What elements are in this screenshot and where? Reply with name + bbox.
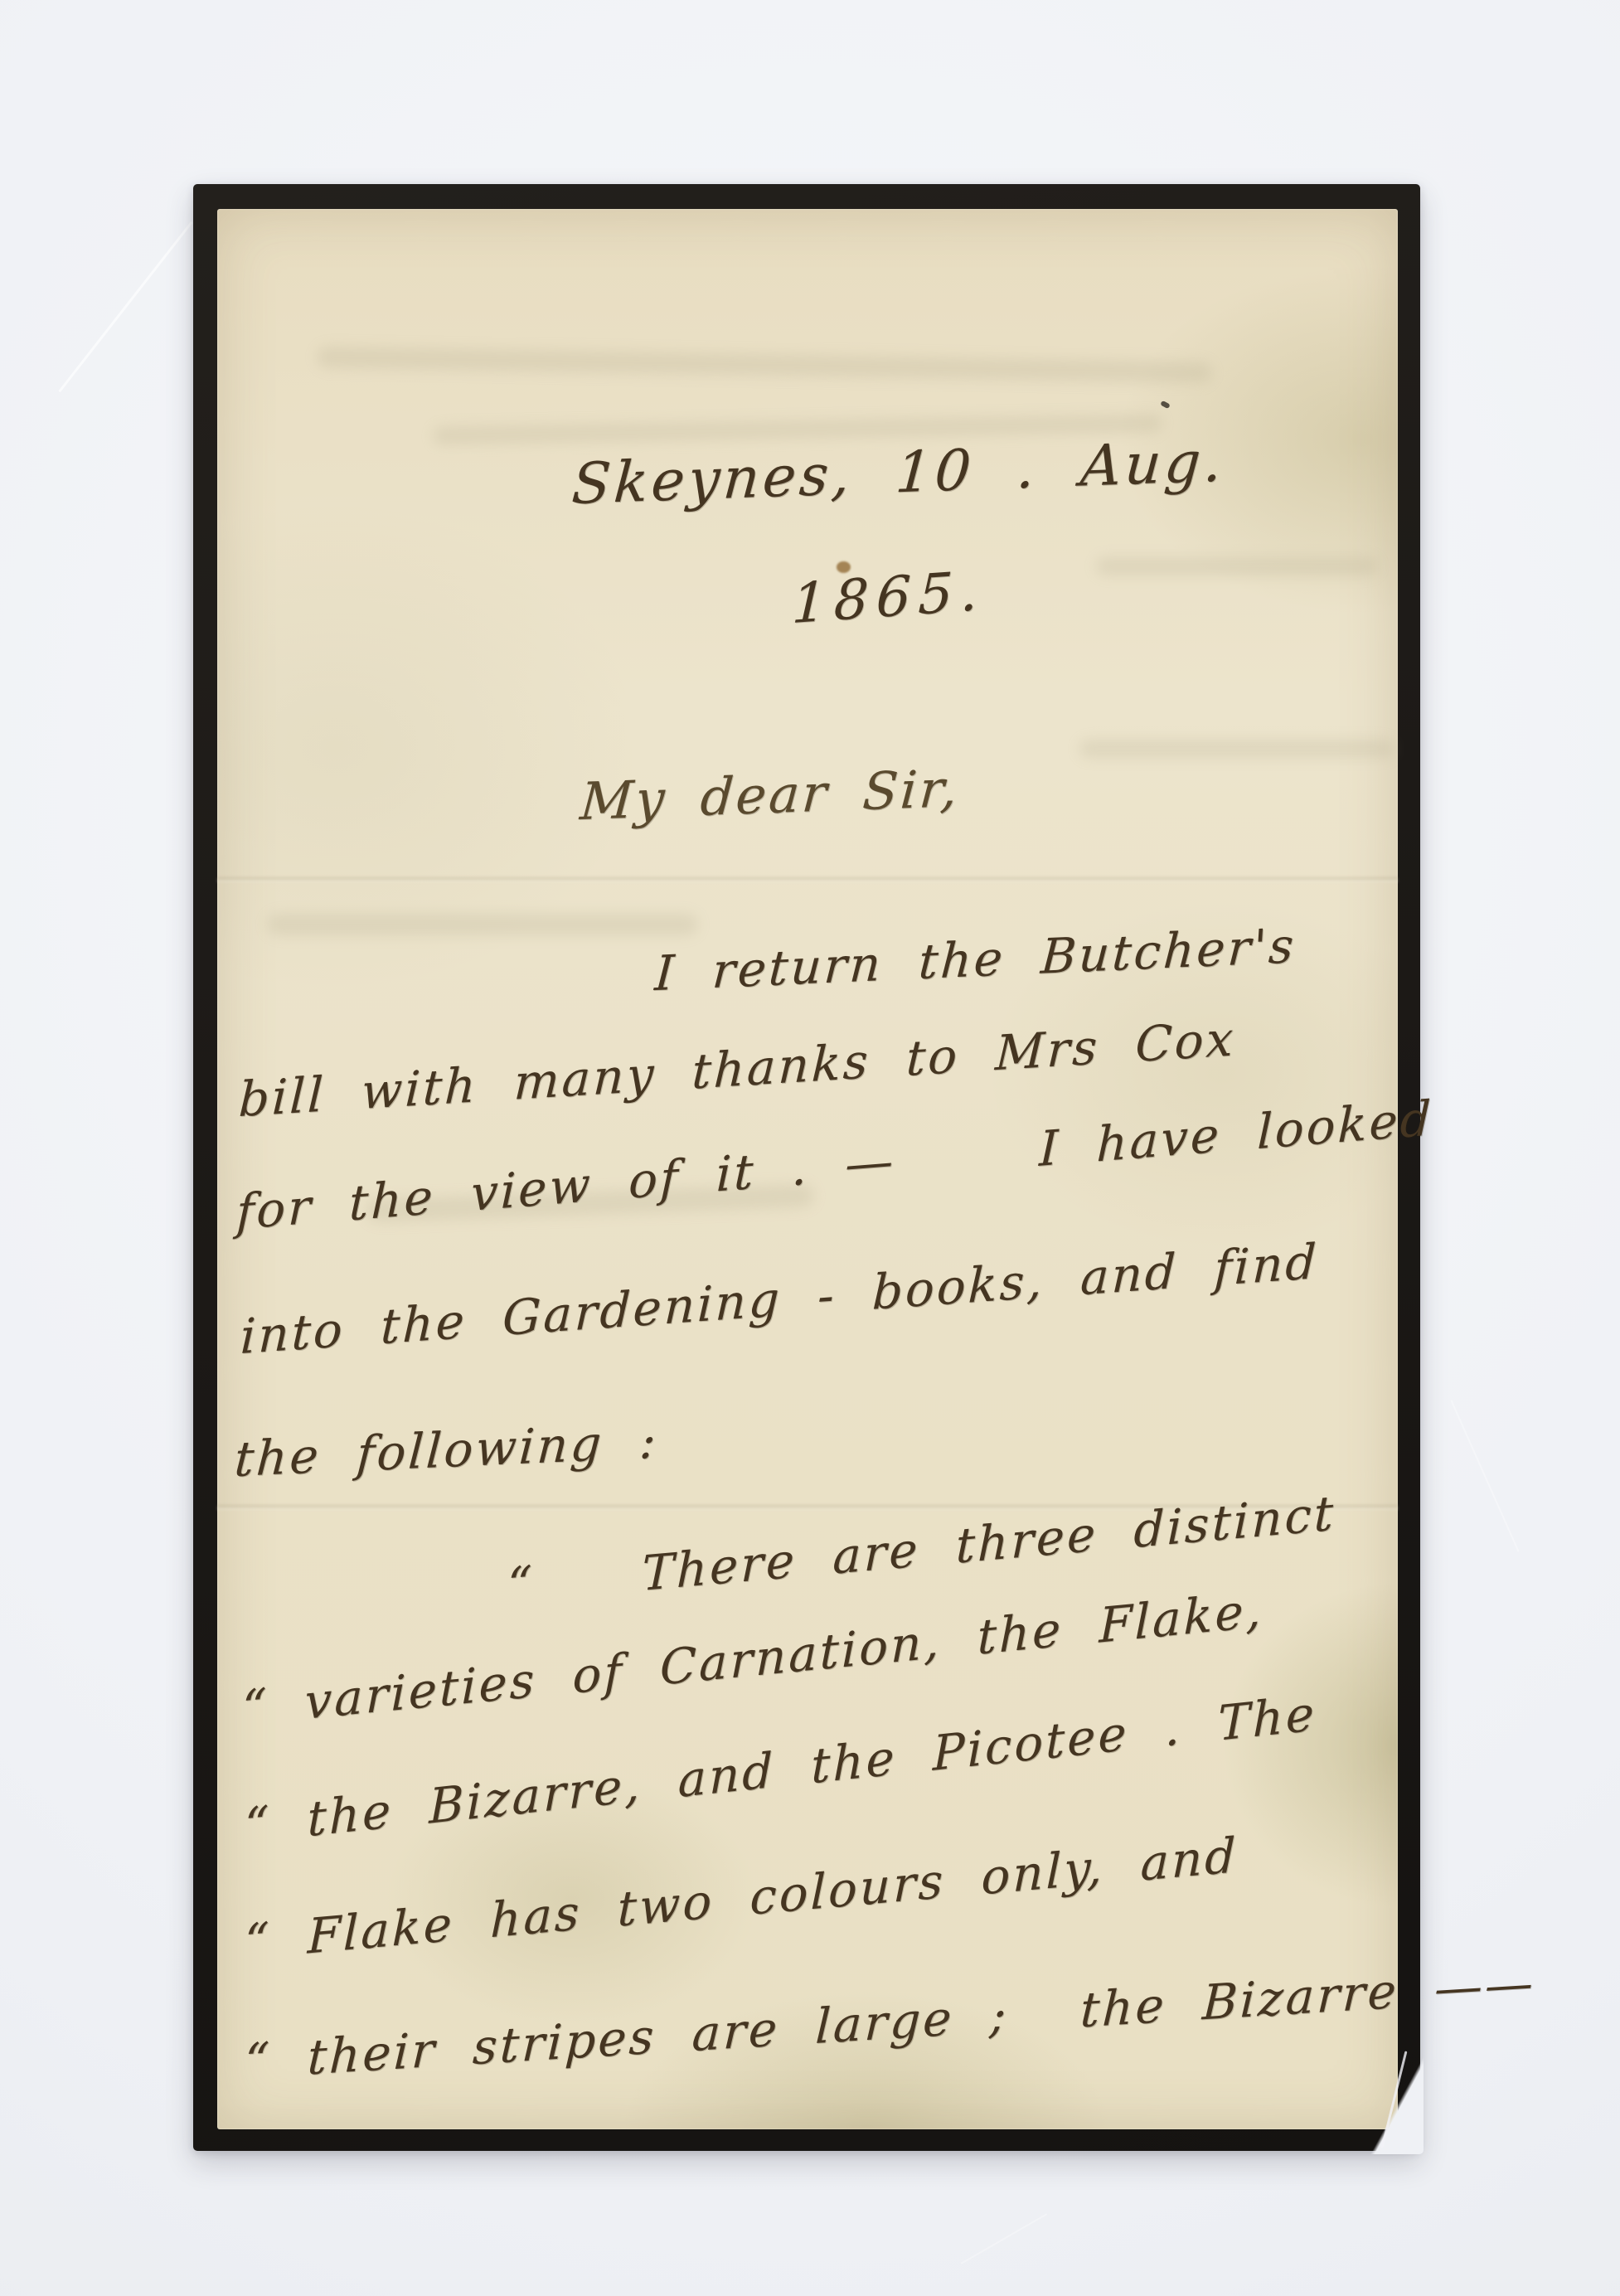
mount-chip-damage [1370, 2056, 1424, 2154]
ink-showthrough-mark [1079, 740, 1394, 758]
background-scratch [961, 2213, 1048, 2264]
quote-line-5: “ their stripes are large ; the Bizarre … [244, 1954, 1537, 2090]
black-card-mount: Skeynes, 10 . Aug. 1865. My dear Sir, I … [193, 184, 1420, 2151]
dateline: Skeynes, 10 . Aug. [570, 429, 1227, 517]
background-scratch [1450, 1400, 1519, 1552]
body-line-2: bill with many thanks to Mrs Cox [238, 1010, 1237, 1128]
ink-showthrough-mark [317, 347, 1212, 384]
background-scratch [58, 221, 192, 393]
fold-crease [217, 877, 1398, 882]
ink-fleck [1160, 400, 1171, 409]
body-line-1: I return the Butcher's [653, 917, 1297, 1002]
body-line-4: into the Gardening - books, and find [240, 1233, 1320, 1365]
letter-photograph: Skeynes, 10 . Aug. 1865. My dear Sir, I … [0, 0, 1620, 2296]
ink-showthrough-mark [267, 914, 698, 935]
year-line: 1865. [791, 558, 987, 636]
ink-showthrough-mark [1096, 557, 1378, 575]
letter-page: Skeynes, 10 . Aug. 1865. My dear Sir, I … [217, 209, 1398, 2129]
body-line-5: the following : [233, 1413, 660, 1488]
salutation: My dear Sir, [578, 758, 962, 832]
quote-line-4: “ Flake has two colours only, and [244, 1827, 1238, 1970]
